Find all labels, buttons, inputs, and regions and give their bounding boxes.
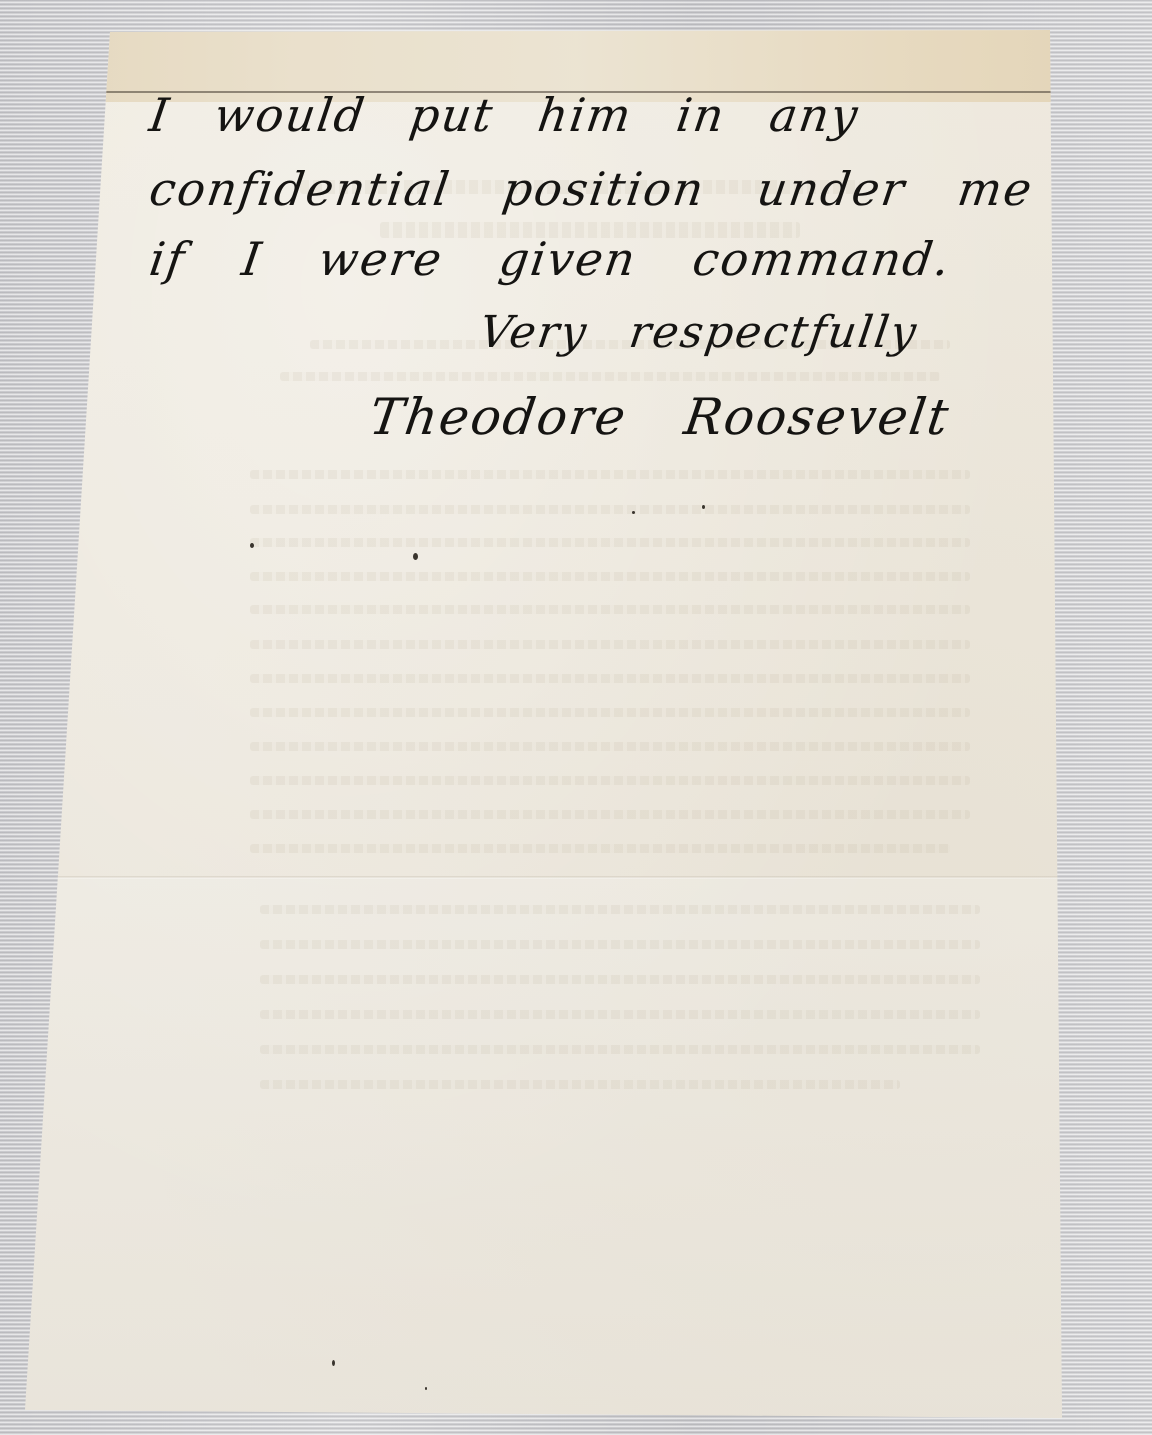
ghost-text-line	[250, 640, 970, 649]
letter-signature: Theodore Roosevelt	[366, 388, 954, 446]
ghost-text-line	[250, 844, 950, 853]
ghost-text-line	[250, 674, 970, 683]
ghost-text-line	[260, 975, 980, 984]
ghost-text-line	[250, 742, 970, 751]
ghost-text-line	[250, 708, 970, 717]
letter-body-line: if I were given command.	[146, 232, 955, 286]
ghost-text-line	[250, 505, 970, 514]
ghost-text-line	[260, 1045, 980, 1054]
letter-body-line: I would put him in any	[146, 88, 863, 142]
paper-speck	[425, 1387, 427, 1390]
ghost-text-line	[250, 572, 970, 581]
ghost-text-line	[260, 940, 980, 949]
ghost-text-line	[250, 810, 970, 819]
paper-speck	[332, 1360, 335, 1366]
letter-paper: I would put him in any confidential posi…	[0, 0, 1152, 1435]
ghost-text-line	[260, 1080, 900, 1089]
ghost-text-line	[250, 470, 970, 479]
paper-speck	[250, 543, 254, 548]
letter-closing: Very respectfully	[476, 307, 921, 358]
paper-speck	[632, 511, 635, 514]
paper-speck	[702, 505, 705, 509]
ghost-text-line	[250, 605, 970, 614]
ghost-text-line	[250, 538, 970, 547]
ghost-text-line	[260, 1010, 980, 1019]
ghost-text-line	[250, 776, 970, 785]
paper-speck	[413, 553, 418, 560]
ghost-text-line	[280, 372, 940, 381]
letter-body-line: confidential position under me	[146, 162, 1037, 216]
ghost-text-line	[260, 905, 980, 914]
